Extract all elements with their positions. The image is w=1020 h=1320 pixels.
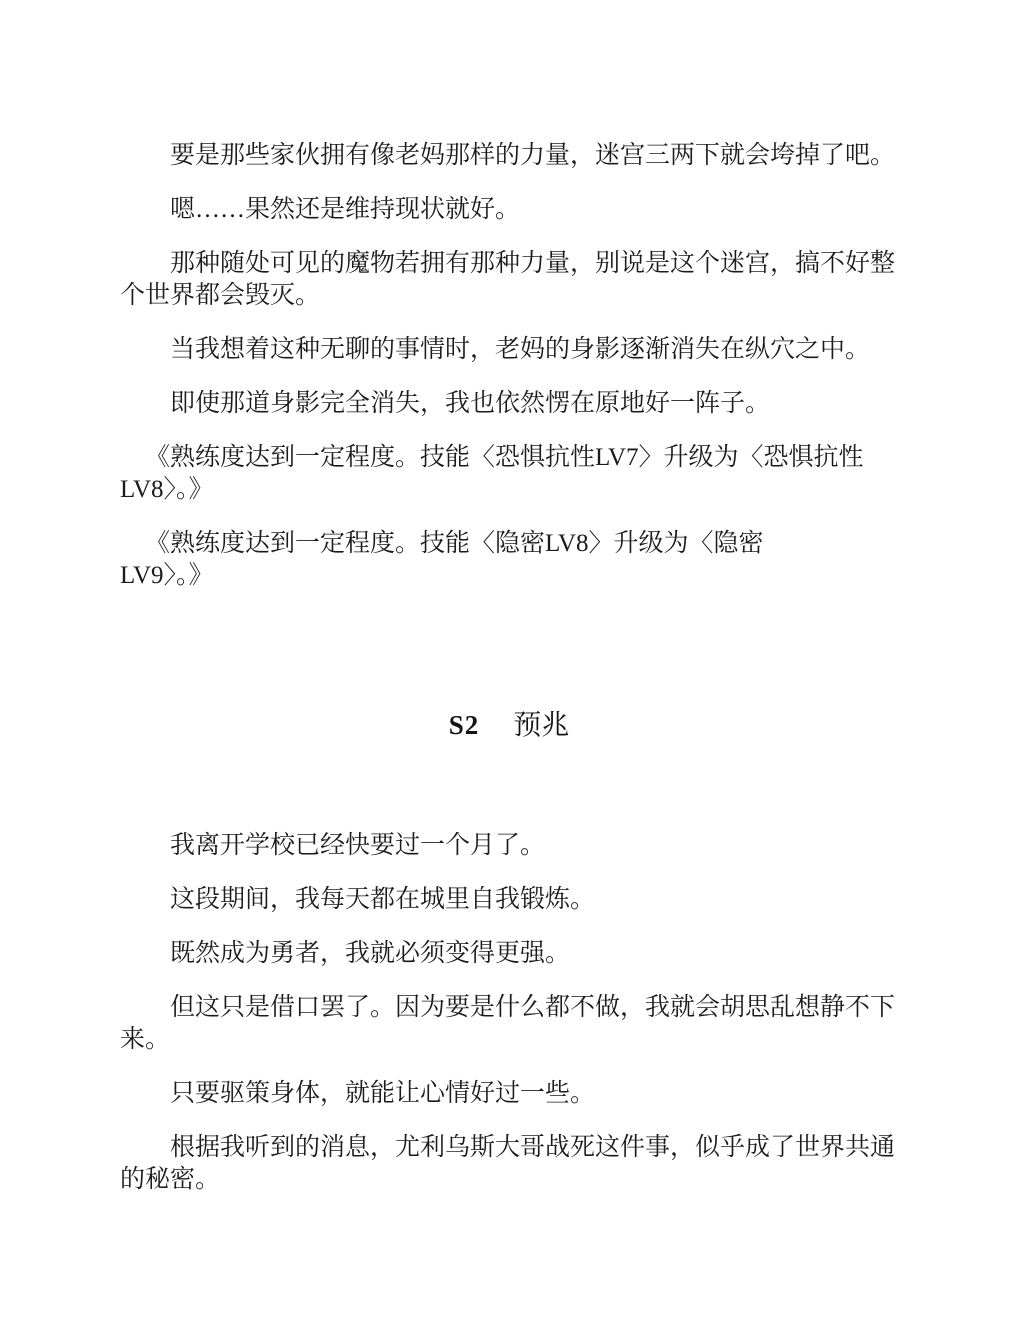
chapter-heading: S2预兆 (120, 707, 898, 744)
chapter-number: S2 (449, 710, 480, 740)
novel-paragraph: 要是那些家伙拥有像老妈那样的力量，迷宫三两下就会垮掉了吧。 (120, 140, 898, 172)
novel-paragraph: 根据我听到的消息，尤利乌斯大哥战死这件事，似乎成了世界共通 的秘密。 (120, 1132, 898, 1196)
skill-levelup-message: 《熟练度达到一定程度。技能〈恐惧抗性LV7〉升级为〈恐惧抗性 LV8〉。》 (120, 442, 898, 506)
novel-paragraph: 当我想着这种无聊的事情时，老妈的身影逐渐消失在纵穴之中。 (120, 334, 898, 366)
novel-paragraph: 只要驱策身体，就能让心情好过一些。 (120, 1078, 898, 1110)
new-chapter-section: 我离开学校已经快要过一个月了。 这段期间，我每天都在城里自我锻炼。 既然成为勇者… (120, 830, 898, 1196)
chapter-title: 预兆 (513, 710, 569, 741)
novel-paragraph: 即使那道身影完全消失，我也依然愣在原地好一阵子。 (120, 388, 898, 420)
ebook-page: 要是那些家伙拥有像老妈那样的力量，迷宫三两下就会垮掉了吧。 嗯……果然还是维持现… (0, 0, 1020, 1320)
novel-paragraph: 那种随处可见的魔物若拥有那种力量，别说是这个迷宫，搞不好整 个世界都会毁灭。 (120, 248, 898, 312)
novel-paragraph: 但这只是借口罢了。因为要是什么都不做，我就会胡思乱想静不下 来。 (120, 992, 898, 1056)
skill-levelup-message: 《熟练度达到一定程度。技能〈隐密LV8〉升级为〈隐密 LV9〉。》 (120, 528, 898, 592)
prev-chapter-end-section: 要是那些家伙拥有像老妈那样的力量，迷宫三两下就会垮掉了吧。 嗯……果然还是维持现… (120, 140, 898, 592)
novel-paragraph: 这段期间，我每天都在城里自我锻炼。 (120, 884, 898, 916)
novel-paragraph: 嗯……果然还是维持现状就好。 (120, 194, 898, 226)
novel-paragraph: 既然成为勇者，我就必须变得更强。 (120, 938, 898, 970)
novel-paragraph: 我离开学校已经快要过一个月了。 (120, 830, 898, 862)
text-column: 要是那些家伙拥有像老妈那样的力量，迷宫三两下就会垮掉了吧。 嗯……果然还是维持现… (120, 140, 898, 1196)
